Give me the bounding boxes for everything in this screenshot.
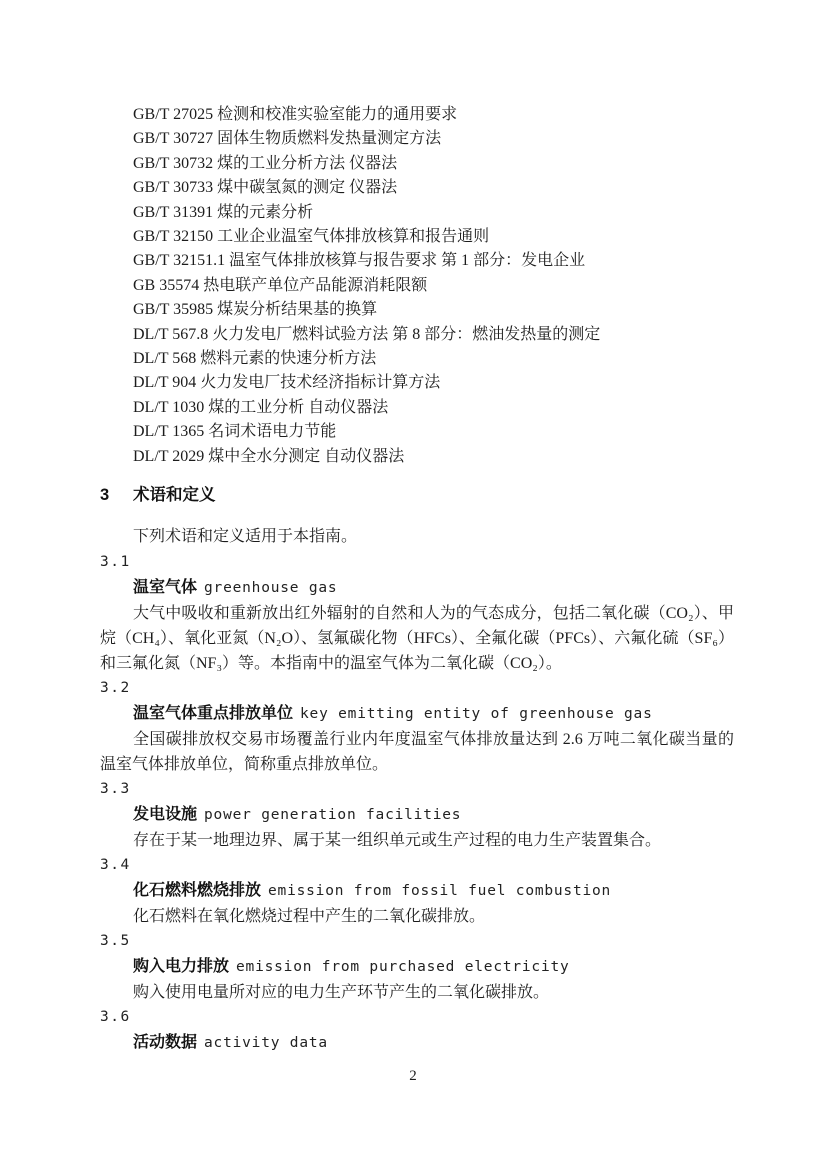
term-name: 发电设施power generation facilities — [100, 802, 734, 828]
section-number: 3 — [100, 483, 133, 508]
reference-item: DL/T 568 燃料元素的快速分析方法 — [100, 347, 734, 371]
term-name-en: activity data — [204, 1035, 328, 1051]
reference-item: DL/T 2029 煤中全水分测定 自动仪器法 — [100, 445, 734, 469]
term-number: 3.6 — [100, 1005, 734, 1030]
term-name-zh: 发电设施 — [133, 806, 197, 823]
reference-item: GB/T 31391 煤的元素分析 — [100, 201, 734, 225]
reference-item: DL/T 567.8 火力发电厂燃料试验方法 第 8 部分：燃油发热量的测定 — [100, 323, 734, 347]
term-number: 3.3 — [100, 777, 734, 802]
page-number: 2 — [0, 1068, 826, 1085]
reference-item: DL/T 1030 煤的工业分析 自动仪器法 — [100, 396, 734, 420]
reference-item: GB/T 30733 煤中碳氢氮的测定 仪器法 — [100, 176, 734, 200]
term-name-en: emission from purchased electricity — [236, 959, 570, 975]
section-intro: 下列术语和定义适用于本指南。 — [100, 525, 734, 550]
term-name-zh: 温室气体重点排放单位 — [133, 705, 293, 722]
term-name-zh: 温室气体 — [133, 579, 197, 596]
term-block-3-6: 3.6 活动数据activity data — [100, 1005, 734, 1056]
term-number: 3.2 — [100, 676, 734, 701]
term-definition: 大气中吸收和重新放出红外辐射的自然和人为的气态成分，包括二氧化碳（CO₂）、甲烷… — [100, 601, 734, 676]
reference-item: GB/T 32150 工业企业温室气体排放核算和报告通则 — [100, 225, 734, 249]
term-name-en: key emitting entity of greenhouse gas — [300, 706, 653, 722]
term-name: 化石燃料燃烧排放emission from fossil fuel combus… — [100, 878, 734, 904]
reference-item: GB/T 35985 煤炭分析结果基的换算 — [100, 298, 734, 322]
term-definition: 全国碳排放权交易市场覆盖行业内年度温室气体排放量达到 2.6 万吨二氧化碳当量的… — [100, 727, 734, 777]
term-name-zh: 购入电力排放 — [133, 958, 229, 975]
term-name: 活动数据activity data — [100, 1030, 734, 1056]
term-block-3-1: 3.1 温室气体greenhouse gas 大气中吸收和重新放出红外辐射的自然… — [100, 550, 734, 676]
term-number: 3.1 — [100, 550, 734, 575]
document-page: GB/T 27025 检测和校准实验室能力的通用要求 GB/T 30727 固体… — [0, 0, 826, 1169]
term-name-en: power generation facilities — [204, 807, 461, 823]
term-name: 温室气体greenhouse gas — [100, 575, 734, 601]
section-title: 术语和定义 — [133, 486, 216, 504]
term-name-en: greenhouse gas — [204, 580, 337, 596]
term-block-3-4: 3.4 化石燃料燃烧排放emission from fossil fuel co… — [100, 853, 734, 929]
reference-item: DL/T 904 火力发电厂技术经济指标计算方法 — [100, 371, 734, 395]
term-definition: 购入使用电量所对应的电力生产环节产生的二氧化碳排放。 — [100, 980, 734, 1005]
term-block-3-2: 3.2 温室气体重点排放单位key emitting entity of gre… — [100, 676, 734, 777]
reference-item: GB/T 27025 检测和校准实验室能力的通用要求 — [100, 103, 734, 127]
term-name-en: emission from fossil fuel combustion — [268, 883, 611, 899]
reference-item: GB/T 32151.1 温室气体排放核算与报告要求 第 1 部分：发电企业 — [100, 249, 734, 273]
term-number: 3.5 — [100, 929, 734, 954]
page-content: GB/T 27025 检测和校准实验室能力的通用要求 GB/T 30727 固体… — [100, 103, 734, 1056]
reference-item: DL/T 1365 名词术语电力节能 — [100, 420, 734, 444]
section-heading: 3术语和定义 — [100, 483, 734, 508]
term-block-3-3: 3.3 发电设施power generation facilities 存在于某… — [100, 777, 734, 853]
term-name: 温室气体重点排放单位key emitting entity of greenho… — [100, 701, 734, 727]
term-number: 3.4 — [100, 853, 734, 878]
term-name: 购入电力排放emission from purchased electricit… — [100, 954, 734, 980]
reference-item: GB/T 30727 固体生物质燃料发热量测定方法 — [100, 127, 734, 151]
reference-item: GB/T 30732 煤的工业分析方法 仪器法 — [100, 152, 734, 176]
reference-item: GB 35574 热电联产单位产品能源消耗限额 — [100, 274, 734, 298]
references-list: GB/T 27025 检测和校准实验室能力的通用要求 GB/T 30727 固体… — [100, 103, 734, 469]
term-name-zh: 活动数据 — [133, 1034, 197, 1051]
term-definition: 存在于某一地理边界、属于某一组织单元或生产过程的电力生产装置集合。 — [100, 828, 734, 853]
term-name-zh: 化石燃料燃烧排放 — [133, 882, 261, 899]
term-definition: 化石燃料在氧化燃烧过程中产生的二氧化碳排放。 — [100, 904, 734, 929]
term-block-3-5: 3.5 购入电力排放emission from purchased electr… — [100, 929, 734, 1005]
